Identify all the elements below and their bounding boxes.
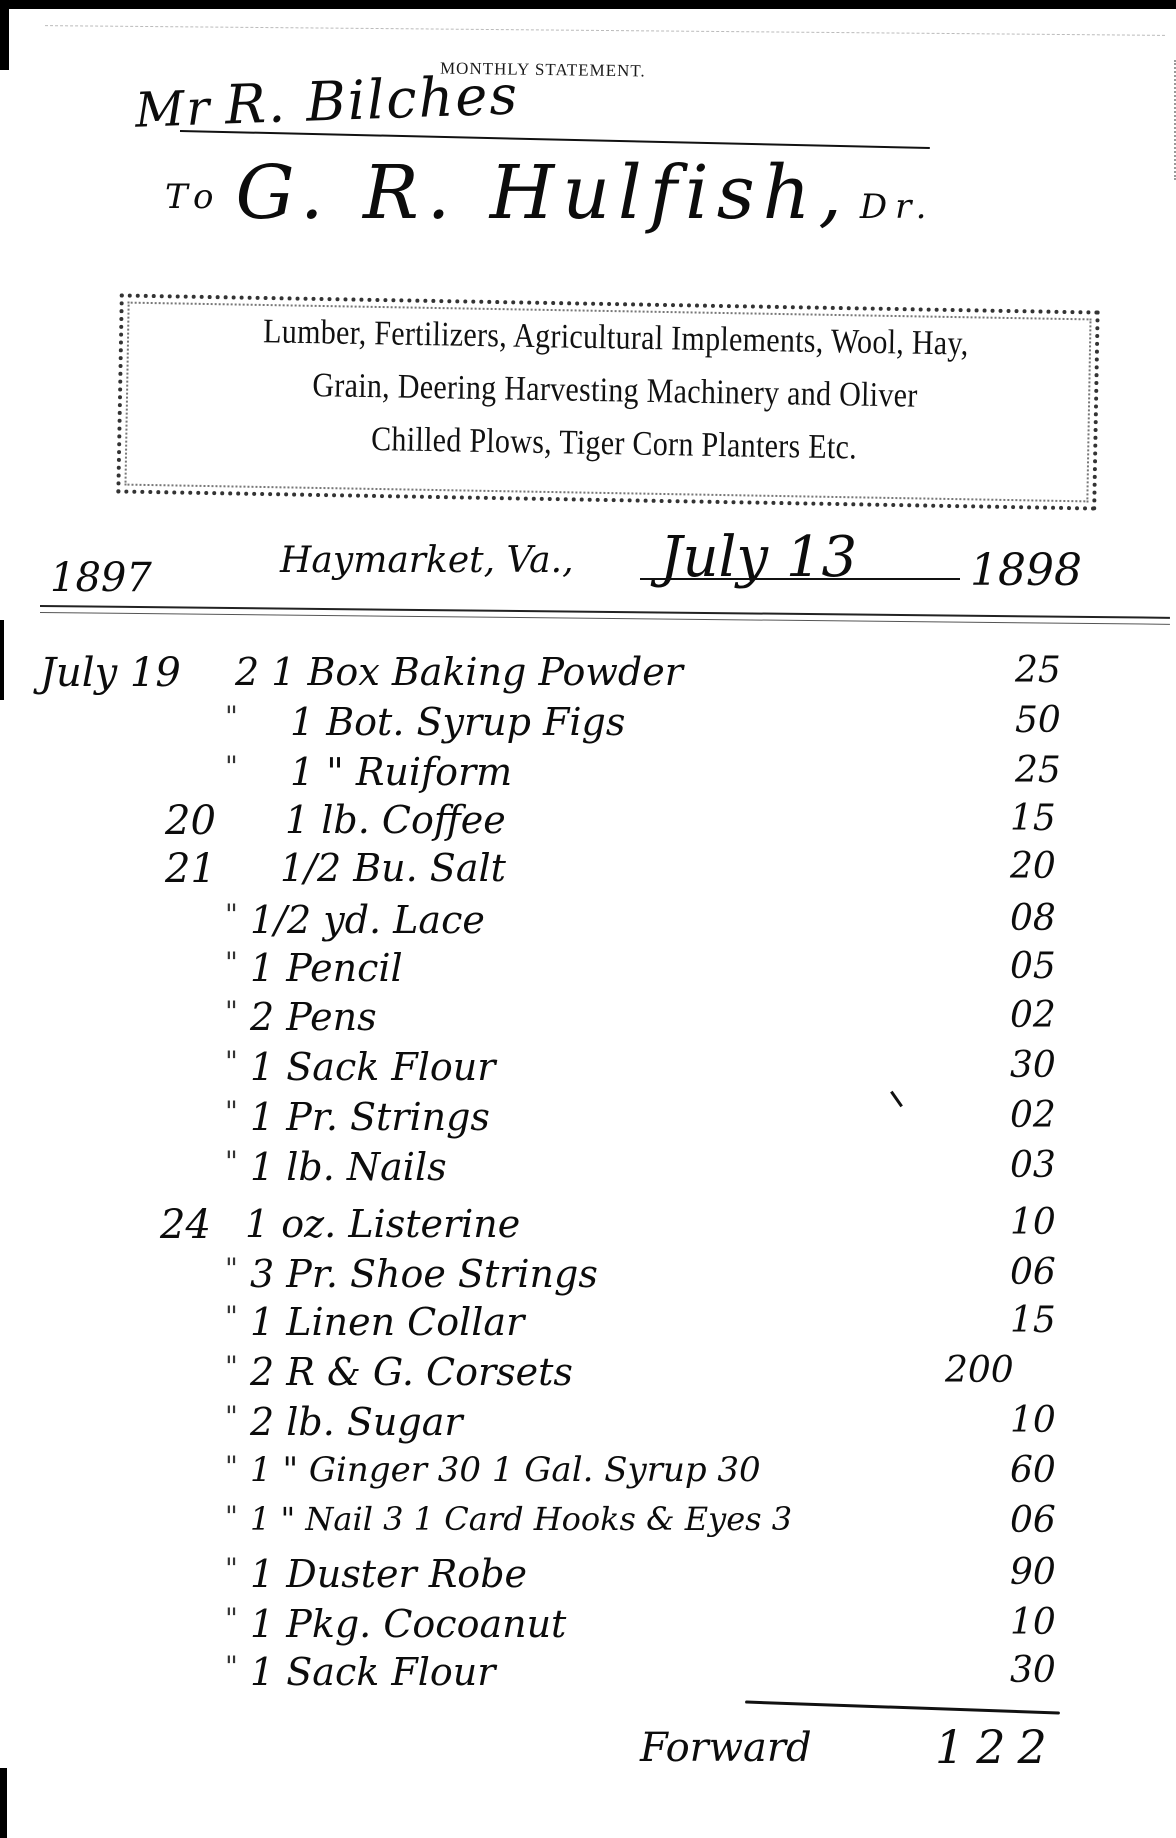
item-amount: 30 bbox=[1010, 1650, 1056, 1691]
item-amount: 05 bbox=[1010, 946, 1056, 987]
item-ditto: " bbox=[225, 750, 238, 783]
statement-year: 1898 bbox=[970, 545, 1082, 596]
item-description: 1/2 Bu. Salt bbox=[280, 846, 506, 890]
item-description: 1/2 yd. Lace bbox=[250, 898, 485, 942]
item-amount: 10 bbox=[1010, 1202, 1056, 1243]
item-description: 2 Pens bbox=[250, 995, 377, 1039]
item-description: 1 Pencil bbox=[250, 946, 403, 990]
item-description: 1 Pkg. Cocoanut bbox=[250, 1602, 566, 1646]
item-description: 1 Sack Flour bbox=[250, 1650, 495, 1694]
item-description: 1 Linen Collar bbox=[250, 1300, 524, 1344]
line-item: " 1 " Nail 3 1 Card Hooks & Eyes 3 06 bbox=[0, 1500, 1176, 1540]
line-item: " 3 Pr. Shoe Strings 06 bbox=[0, 1252, 1176, 1292]
item-ditto: " bbox=[225, 1350, 238, 1383]
line-item: " 1 Pr. Strings 02 bbox=[0, 1095, 1176, 1135]
scan-border-left bbox=[0, 0, 9, 70]
customer-name: R. Bilches bbox=[224, 63, 520, 136]
item-ditto: " bbox=[225, 946, 238, 979]
item-description: 1 lb. Nails bbox=[250, 1145, 447, 1189]
item-amount: 15 bbox=[1010, 1300, 1056, 1341]
scan-border-left bbox=[0, 1768, 7, 1838]
line-item: 24 1 oz. Listerine 10 bbox=[0, 1202, 1176, 1242]
item-description: 1 " Nail 3 1 Card Hooks & Eyes 3 bbox=[250, 1500, 792, 1538]
line-item: " 1 Pkg. Cocoanut 10 bbox=[0, 1602, 1176, 1642]
item-amount: 06 bbox=[1010, 1500, 1056, 1541]
debtor-suffix: Dr. bbox=[860, 187, 935, 227]
item-description: 1 oz. Listerine bbox=[245, 1202, 520, 1246]
item-amount: 06 bbox=[1010, 1252, 1056, 1293]
advertisement: Lumber, Fertilizers, Agricultural Implem… bbox=[149, 304, 1082, 479]
item-amount: 200 bbox=[945, 1350, 1014, 1391]
faint-rule bbox=[45, 25, 1165, 36]
item-description: 1 Sack Flour bbox=[250, 1045, 495, 1089]
line-item: " 1 " Ruiform 25 bbox=[0, 750, 1176, 790]
item-ditto: " bbox=[225, 1500, 238, 1533]
year-note: 1897 bbox=[50, 555, 152, 601]
item-amount: 02 bbox=[1010, 1095, 1056, 1136]
line-item: 21 1/2 Bu. Salt 20 bbox=[0, 846, 1176, 886]
item-description: 2 R & G. Corsets bbox=[250, 1350, 573, 1394]
place: Haymarket, Va., bbox=[280, 540, 574, 581]
forward-total: 122 bbox=[935, 1720, 1059, 1774]
forward-label: Forward bbox=[640, 1725, 812, 1771]
line-item: " 1 Sack Flour 30 bbox=[0, 1650, 1176, 1690]
item-date: 20 bbox=[165, 798, 216, 844]
item-ditto: " bbox=[225, 1252, 238, 1285]
item-ditto: " bbox=[225, 1145, 238, 1178]
item-ditto: " bbox=[225, 1450, 238, 1483]
item-ditto: " bbox=[225, 700, 238, 733]
statement-date: July 13 bbox=[660, 525, 857, 590]
item-amount: 10 bbox=[1010, 1400, 1056, 1441]
item-description: 1 " Ruiform bbox=[290, 750, 512, 794]
customer-underline bbox=[180, 130, 930, 149]
item-ditto: " bbox=[225, 1400, 238, 1433]
item-description: 1 Duster Robe bbox=[250, 1552, 527, 1596]
date-underline bbox=[640, 578, 960, 580]
merchant-name: G. R. Hulfish, bbox=[236, 150, 850, 236]
item-ditto: " bbox=[225, 1095, 238, 1128]
item-ditto: " bbox=[225, 898, 238, 931]
item-ditto: " bbox=[225, 1552, 238, 1585]
item-date: 24 bbox=[160, 1202, 211, 1248]
line-item: " 2 R & G. Corsets 200 bbox=[0, 1350, 1176, 1390]
item-amount: 03 bbox=[1010, 1145, 1056, 1186]
header-rule bbox=[40, 612, 1170, 625]
item-description: 1 Bot. Syrup Figs bbox=[290, 700, 625, 744]
line-item: July 19 2 1 Box Baking Powder 25 bbox=[0, 650, 1176, 690]
line-item: " 1 " Ginger 30 1 Gal. Syrup 30 60 bbox=[0, 1450, 1176, 1490]
item-amount: 08 bbox=[1010, 898, 1056, 939]
item-ditto: " bbox=[225, 995, 238, 1028]
item-amount: 60 bbox=[1010, 1450, 1056, 1491]
item-amount: 50 bbox=[1015, 700, 1061, 741]
item-date: July 19 bbox=[40, 650, 181, 696]
total-rule bbox=[745, 1701, 1060, 1715]
item-amount: 15 bbox=[1010, 798, 1056, 839]
item-amount: 25 bbox=[1015, 750, 1061, 791]
item-ditto: " bbox=[225, 1300, 238, 1333]
item-description: 1 lb. Coffee bbox=[285, 798, 506, 842]
line-item: " 1/2 yd. Lace 08 bbox=[0, 898, 1176, 938]
line-item: " 2 lb. Sugar 10 bbox=[0, 1400, 1176, 1440]
item-ditto: " bbox=[225, 1650, 238, 1683]
item-amount: 30 bbox=[1010, 1045, 1056, 1086]
line-item: " 1 Duster Robe 90 bbox=[0, 1552, 1176, 1592]
scan-border-top bbox=[0, 0, 1176, 9]
item-date: 21 bbox=[165, 846, 216, 892]
line-item: " 1 Bot. Syrup Figs 50 bbox=[0, 700, 1176, 740]
item-description: 1 Pr. Strings bbox=[250, 1095, 490, 1139]
merchant-line: ToG. R. Hulfish,Dr. bbox=[165, 150, 934, 236]
item-ditto: " bbox=[225, 1045, 238, 1078]
to-prefix: To bbox=[165, 177, 222, 217]
item-description: 1 " Ginger 30 1 Gal. Syrup 30 bbox=[250, 1450, 761, 1490]
item-amount: 02 bbox=[1010, 995, 1056, 1036]
item-amount: 90 bbox=[1010, 1552, 1056, 1593]
item-ditto: " bbox=[225, 1602, 238, 1635]
line-item: 20 1 lb. Coffee 15 bbox=[0, 798, 1176, 838]
customer-line: MrR. Bilches bbox=[134, 63, 520, 139]
item-description: 2 lb. Sugar bbox=[250, 1400, 463, 1444]
line-item: " 1 Pencil 05 bbox=[0, 946, 1176, 986]
line-item: " 1 Sack Flour 30 bbox=[0, 1045, 1176, 1085]
item-amount: 10 bbox=[1010, 1602, 1056, 1643]
item-description: 3 Pr. Shoe Strings bbox=[250, 1252, 598, 1296]
item-amount: 20 bbox=[1010, 846, 1056, 887]
line-item: " 1 lb. Nails 03 bbox=[0, 1145, 1176, 1185]
item-description: 2 1 Box Baking Powder bbox=[235, 650, 683, 694]
line-item: " 2 Pens 02 bbox=[0, 995, 1176, 1035]
item-amount: 25 bbox=[1015, 650, 1061, 691]
line-item: " 1 Linen Collar 15 bbox=[0, 1300, 1176, 1340]
header-rule bbox=[40, 605, 1170, 619]
